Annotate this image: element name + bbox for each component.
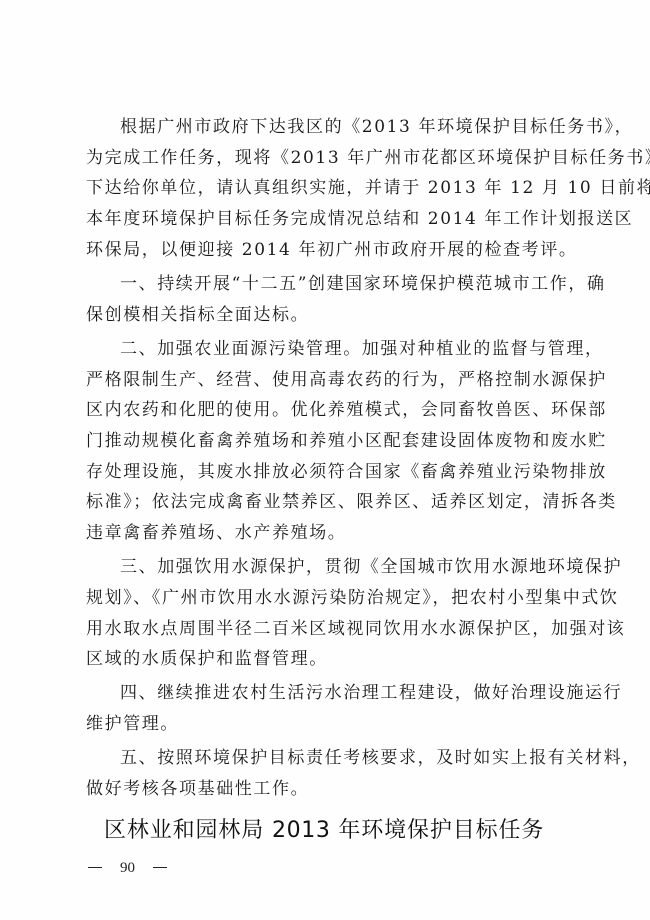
body-text: 根据广州市政府下达我区的《2013 年环境保护目标任务书》， 为完成工作任务，现…: [86, 112, 578, 805]
paragraph-item-2: 二、加强农业面源污染管理。加强对种植业的监督与管理， 严格限制生产、经营、使用高…: [86, 334, 578, 549]
page-number-value: 90: [120, 860, 135, 877]
text-line: 环保局，以便迎接 2014 年初广州市政府开展的检查考评。: [86, 235, 578, 266]
text-line: 维护管理。: [86, 709, 578, 740]
text-line: 根据广州市政府下达我区的《2013 年环境保护目标任务书》，: [86, 112, 578, 143]
text-line: 区内农药和化肥的使用。优化养殖模式，会同畜牧兽医、环保部: [86, 395, 578, 426]
text-line: 门推动规模化畜禽养殖场和养殖小区配套建设固体废物和废水贮: [86, 426, 578, 457]
text-line: 四、继续推进农村生活污水治理工程建设，做好治理设施运行: [86, 678, 578, 709]
text-line: 保创模相关指标全面达标。: [86, 300, 578, 331]
text-line: 区域的水质保护和监督管理。: [86, 644, 578, 675]
document-page: 根据广州市政府下达我区的《2013 年环境保护目标任务书》， 为完成工作任务，现…: [0, 0, 650, 920]
text-line: 标准》；依法完成禽畜业禁养区、限养区、适养区划定，清拆各类: [86, 487, 578, 518]
text-line: 违章禽畜养殖场、水产养殖场。: [86, 518, 578, 549]
text-line: 本年度环境保护目标任务完成情况总结和 2014 年工作计划报送区: [86, 204, 578, 235]
text-line: 做好考核各项基础性工作。: [86, 774, 578, 805]
page-number: 90: [88, 860, 167, 877]
text-line: 二、加强农业面源污染管理。加强对种植业的监督与管理，: [86, 334, 578, 365]
paragraph-intro: 根据广州市政府下达我区的《2013 年环境保护目标任务书》， 为完成工作任务，现…: [86, 112, 578, 265]
text-line: 用水取水点周围半径二百米区域视同饮用水水源保护区，加强对该: [86, 614, 578, 645]
dash-left: [88, 867, 102, 868]
text-line: 五、按照环境保护目标责任考核要求，及时如实上报有关材料，: [86, 743, 578, 774]
paragraph-item-1: 一、持续开展“十二五”创建国家环境保护模范城市工作，确 保创模相关指标全面达标。: [86, 269, 578, 330]
paragraph-item-3: 三、加强饮用水源保护，贯彻《全国城市饮用水源地环境保护 规划》、《广州市饮用水水…: [86, 552, 578, 675]
text-line: 严格限制生产、经营、使用高毒农药的行为，严格控制水源保护: [86, 365, 578, 396]
dash-right: [153, 867, 167, 868]
text-line: 规划》、《广州市饮用水水源污染防治规定》，把农村小型集中式饮: [86, 583, 578, 614]
paragraph-item-5: 五、按照环境保护目标责任考核要求，及时如实上报有关材料， 做好考核各项基础性工作…: [86, 743, 578, 804]
paragraph-item-4: 四、继续推进农村生活污水治理工程建设，做好治理设施运行 维护管理。: [86, 678, 578, 739]
text-line: 存处理设施，其废水排放必须符合国家《畜禽养殖业污染物排放: [86, 457, 578, 488]
section-title: 区林业和园林局 2013 年环境保护目标任务: [104, 813, 544, 844]
text-line: 三、加强饮用水源保护，贯彻《全国城市饮用水源地环境保护: [86, 552, 578, 583]
text-line: 为完成工作任务，现将《2013 年广州市花都区环境保护目标任务书》: [86, 143, 578, 174]
text-line: 一、持续开展“十二五”创建国家环境保护模范城市工作，确: [86, 269, 578, 300]
text-line: 下达给你单位，请认真组织实施，并请于 2013 年 12 月 10 日前将: [86, 173, 578, 204]
